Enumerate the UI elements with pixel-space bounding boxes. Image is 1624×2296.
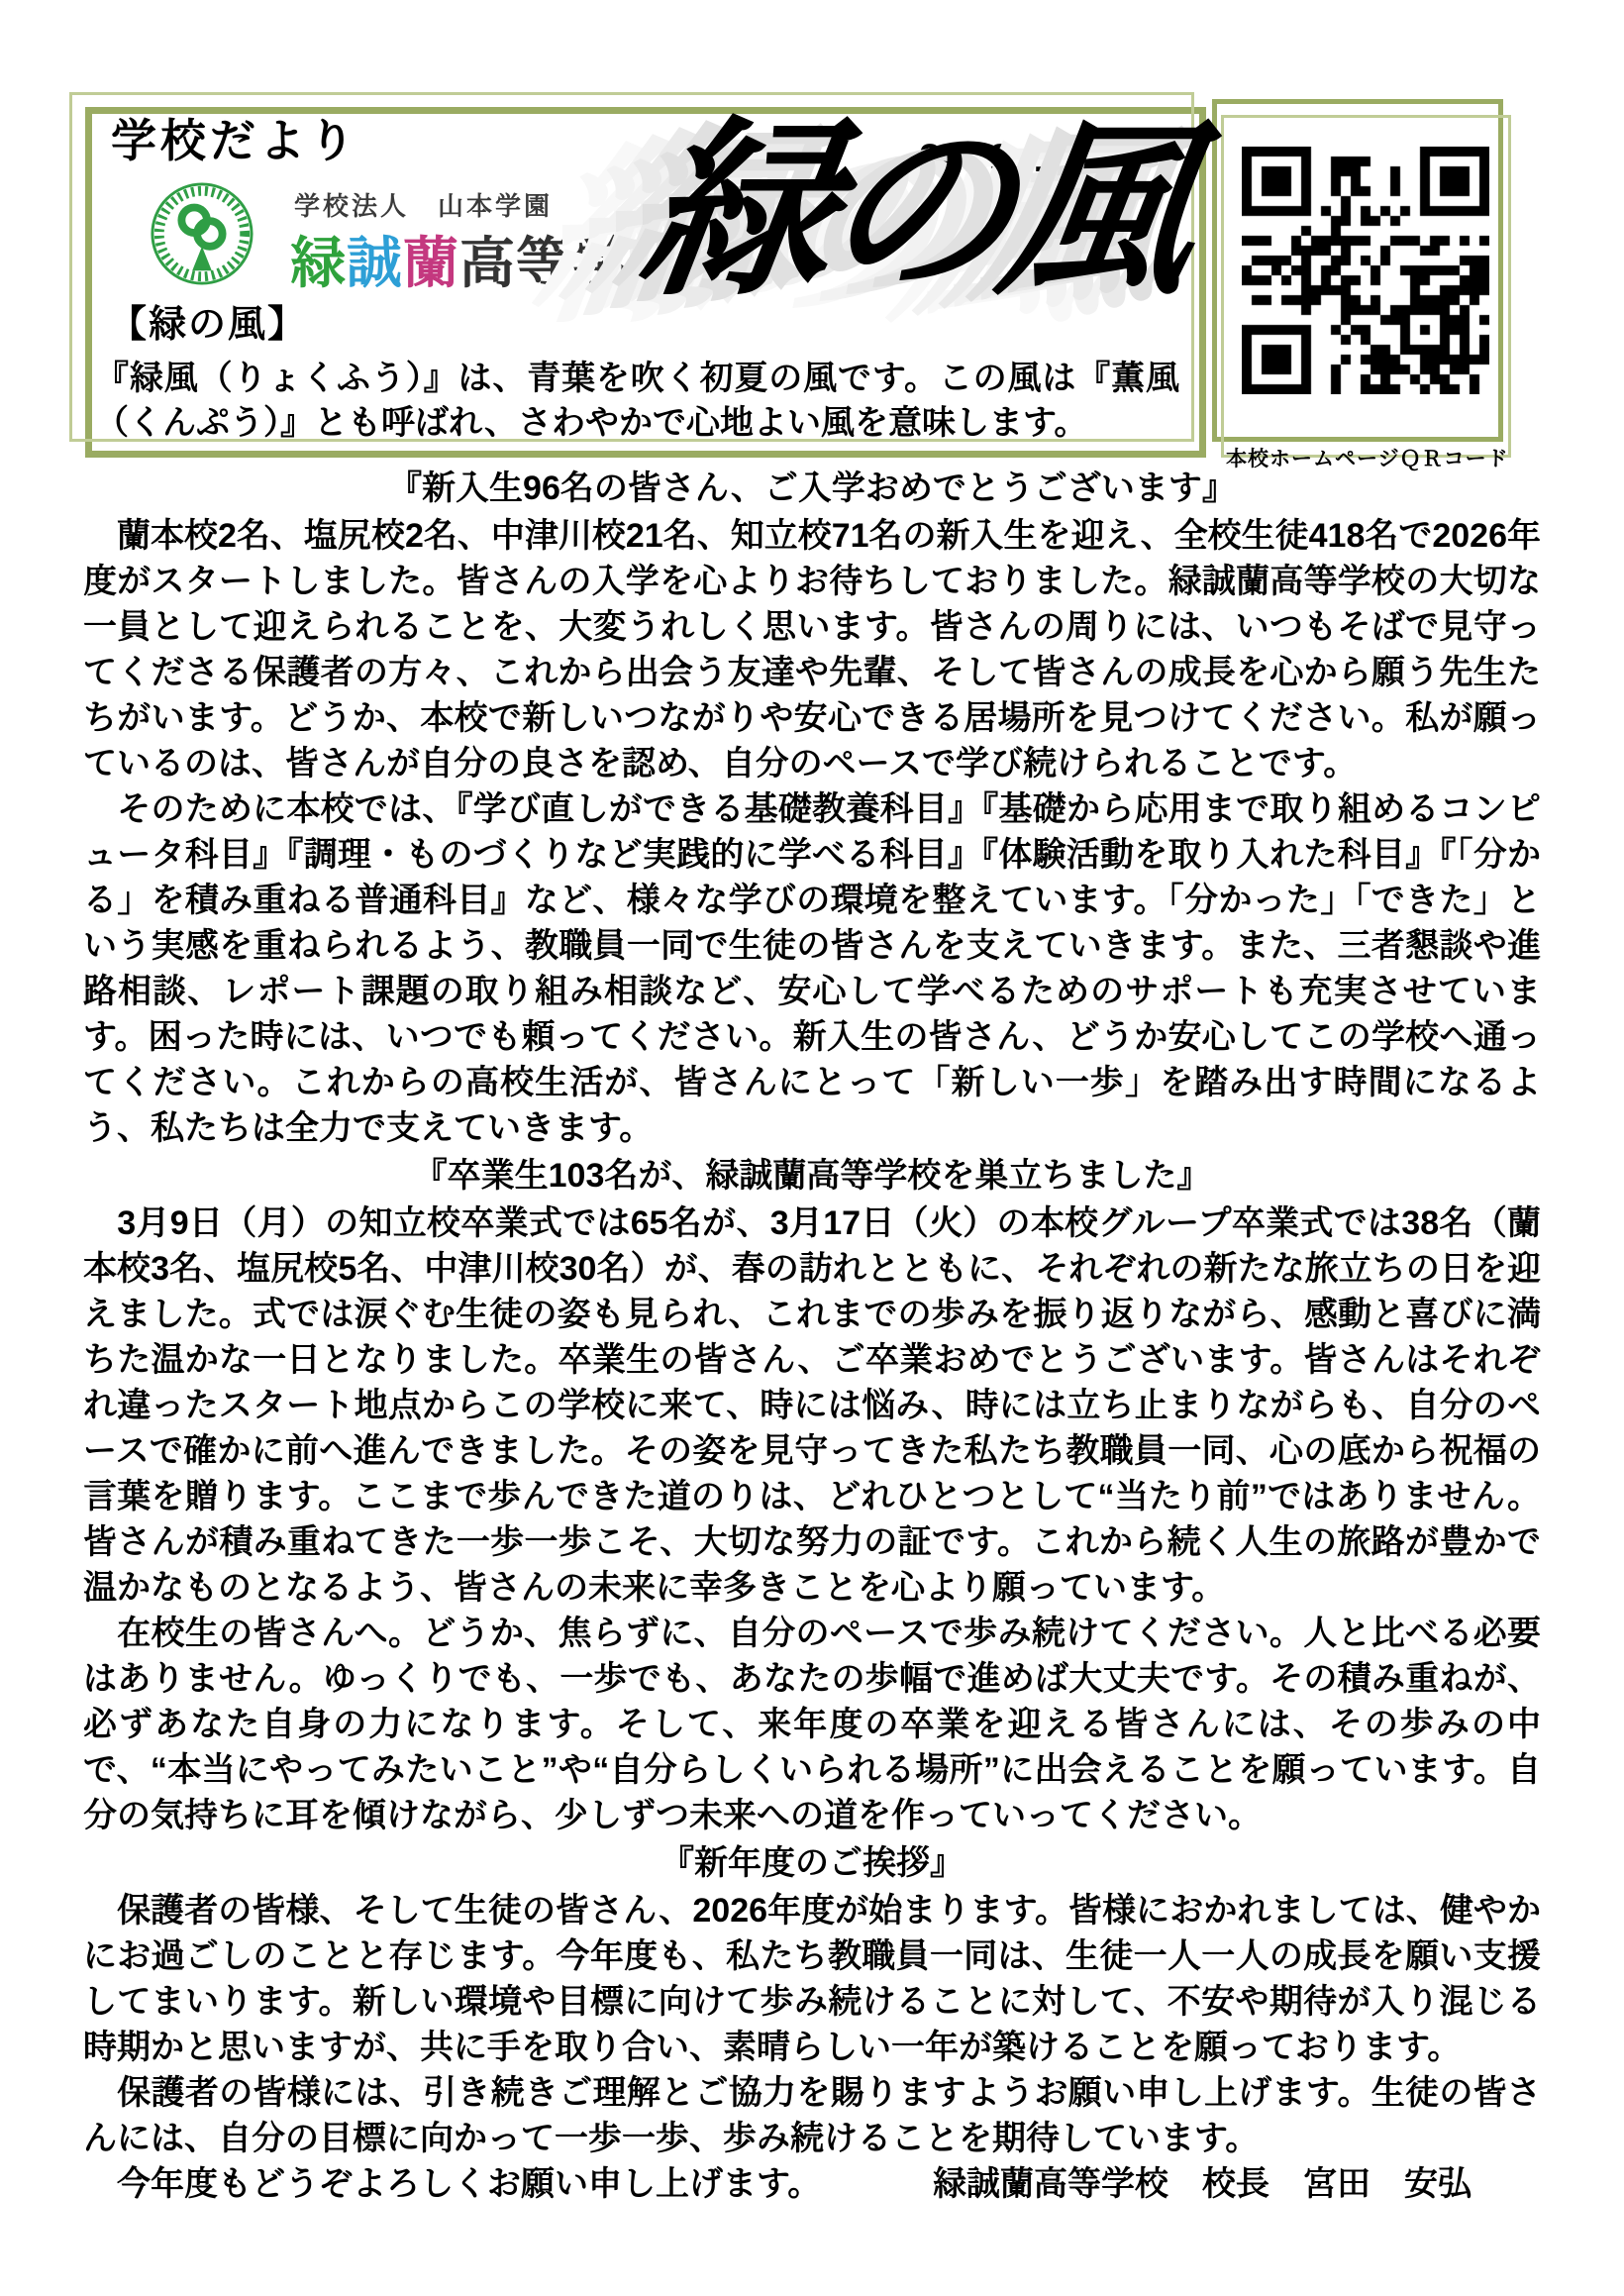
paragraph-new-students-2: そのために本校では、『学び直しができる基礎教養科目』『基礎から応用まで取り組める…: [83, 786, 1541, 1151]
school-logo: [149, 180, 255, 292]
school-name-char-blue: 誠: [347, 231, 403, 296]
school-crest-icon: [149, 180, 255, 287]
paragraph-graduates-1: 3月9日（月）の知立校卒業式では65名が、3月17日（火）の本校グループ卒業式で…: [83, 1200, 1541, 1611]
qr-caption: 本校ホームページＱＲコード: [1226, 443, 1489, 472]
paragraph-new-students-1: 蘭本校2名、塩尻校2名、中津川校21名、知立校71名の新入生を迎え、全校生徒41…: [83, 513, 1541, 786]
closing-thanks: 今年度もどうぞよろしくお願い申し上げます。: [83, 2161, 821, 2207]
newsletter-main-title: 緑の風: [628, 97, 1200, 325]
paragraph-greeting-2: 保護者の皆様には、引き続きご理解とご協力を賜りますようお願い申し上げます。生徒の…: [83, 2070, 1541, 2161]
newsletter-tag: 【緑の風】: [109, 293, 307, 348]
paragraph-graduates-2: 在校生の皆さんへ。どうか、焦らずに、自分のペースで歩み続けてください。人と比べる…: [83, 1611, 1541, 1838]
qr-code: [1242, 147, 1489, 394]
newsletter-body: 『新入生96名の皆さん、ご入学おめでとうございます』 蘭本校2名、塩尻校2名、中…: [0, 464, 1624, 2207]
school-corporation: 学校法人 山本学園: [294, 186, 553, 223]
page-title: 学校だより: [111, 105, 358, 170]
newsletter-intro: 『緑風（りょくふう）』は、青葉を吹く初夏の風です。この風は『薫風（くんぷう）』と…: [95, 357, 1179, 446]
school-name-char-green: 緑: [290, 231, 347, 296]
closing-row: 今年度もどうぞよろしくお願い申し上げます。 緑誠蘭高等学校 校長 宮田 安弘: [83, 2161, 1541, 2207]
paragraph-greeting-1: 保護者の皆様、そして生徒の皆さん、2026年度が始まります。皆様におかれましては…: [83, 1888, 1541, 2070]
newsletter-page: 学校だより 2026.4.6(月) 学校法人 山本学園 緑誠蘭高等学校 【緑の風…: [0, 0, 1624, 2296]
principal-signature: 緑誠蘭高等学校 校長 宮田 安弘: [933, 2161, 1472, 2207]
section-heading-graduates: 『卒業生103名が、緑誠蘭高等学校を巣立ちました』: [83, 1153, 1541, 1199]
school-name-char-pink: 蘭: [403, 231, 459, 296]
section-heading-greeting: 『新年度のご挨拶』: [83, 1840, 1541, 1886]
school-name: 緑誠蘭高等学校: [290, 220, 685, 299]
